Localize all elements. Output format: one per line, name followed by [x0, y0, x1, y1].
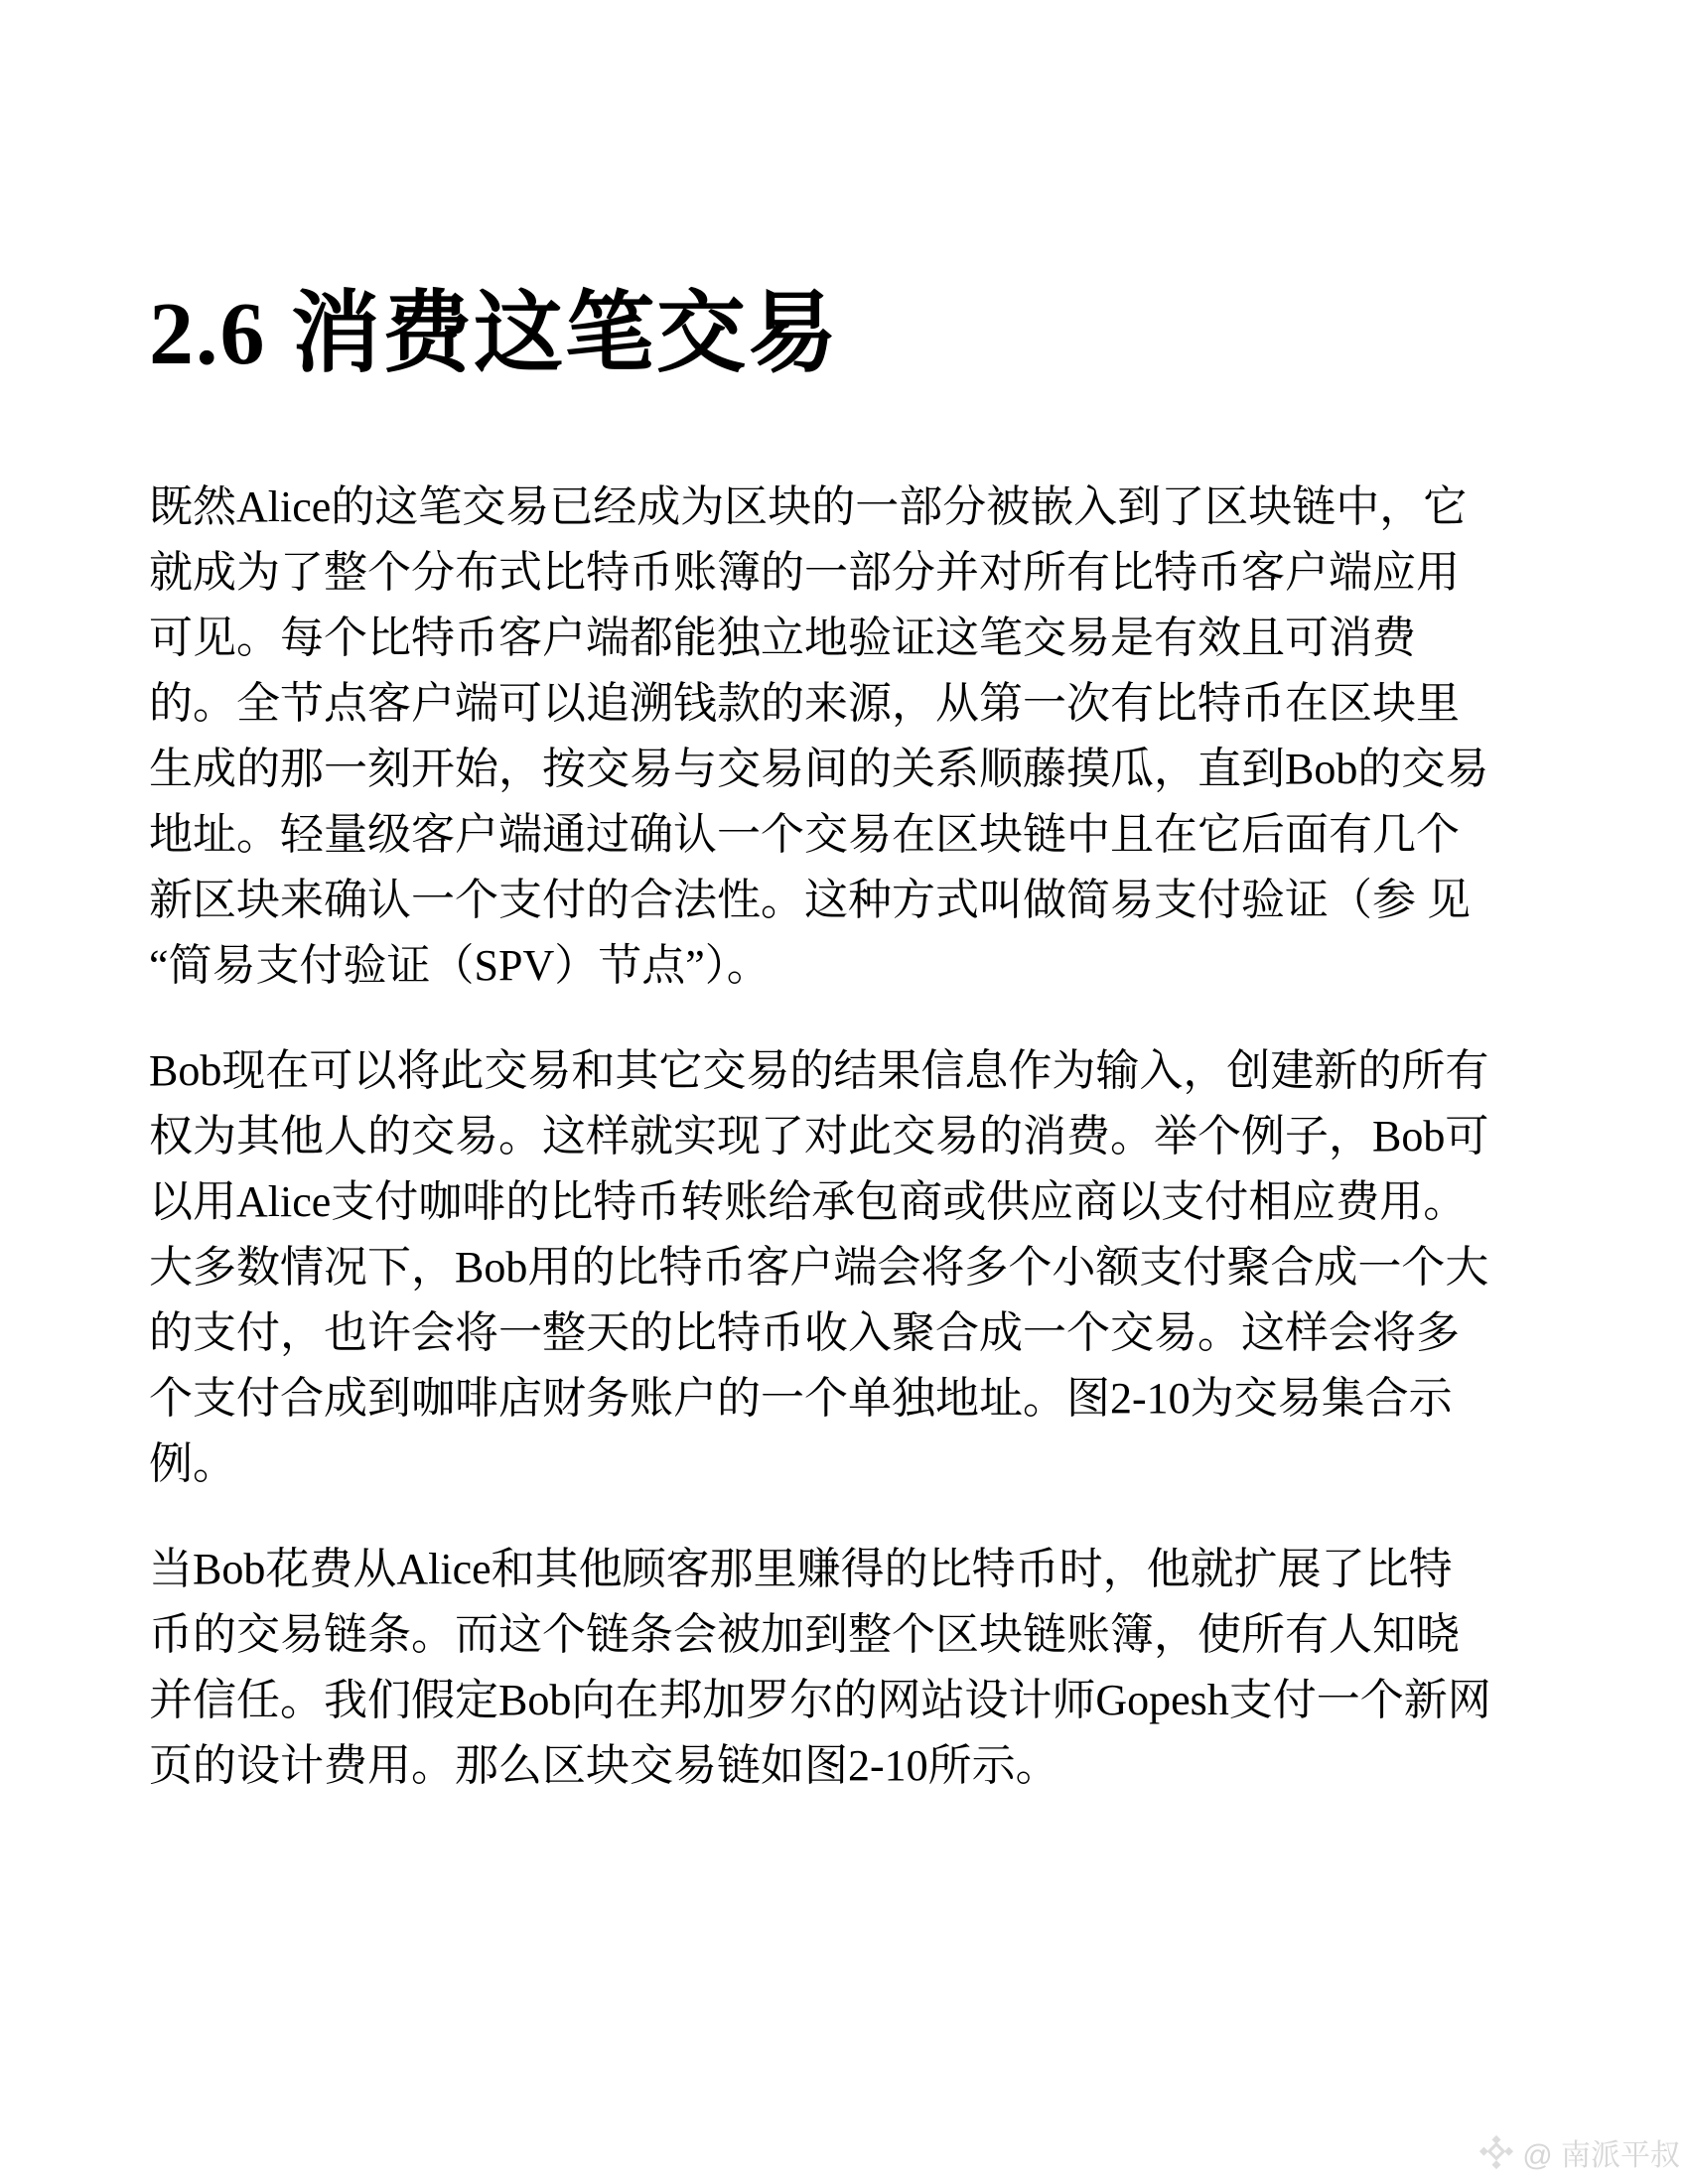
section-title: 2.6 消费这笔交易	[149, 280, 1539, 389]
text-line: 既然Alice的这笔交易已经成为区块的一部分被嵌入到了区块链中，它	[149, 475, 1539, 540]
text-line: 的。全节点客户端可以追溯钱款的来源，从第一次有比特币在区块里	[149, 671, 1539, 737]
document-page: 2.6 消费这笔交易 既然Alice的这笔交易已经成为区块的一部分被嵌入到了区块…	[0, 0, 1688, 2184]
text-line: 大多数情况下，Bob用的比特币客户端会将多个小额支付聚合成一个大	[149, 1235, 1539, 1300]
text-line: “简易支付验证（SPV）节点”）。	[149, 933, 1539, 999]
text-line: 权为其他人的交易。这样就实现了对此交易的消费。举个例子，Bob可	[149, 1104, 1539, 1169]
text-line: 新区块来确认一个支付的合法性。这种方式叫做简易支付验证（参 见	[149, 868, 1539, 933]
text-line: 当Bob花费从Alice和其他顾客那里赚得的比特币时，他就扩展了比特	[149, 1537, 1539, 1602]
paragraph-3: 当Bob花费从Alice和其他顾客那里赚得的比特币时，他就扩展了比特 币的交易链…	[149, 1537, 1539, 1799]
text-line: 生成的那一刻开始，按交易与交易间的关系顺藤摸瓜，直到Bob的交易	[149, 737, 1539, 802]
text-line: 的支付，也许会将一整天的比特币收入聚合成一个交易。这样会将多	[149, 1300, 1539, 1366]
text-line: 币的交易链条。而这个链条会被加到整个区块链账簿，使所有人知晓	[149, 1602, 1539, 1668]
binance-diamond-icon	[1478, 2134, 1514, 2170]
text-line: 以用Alice支付咖啡的比特币转账给承包商或供应商以支付相应费用。	[149, 1169, 1539, 1235]
text-line: 页的设计费用。那么区块交易链如图2-10所示。	[149, 1733, 1539, 1799]
text-line: 例。	[149, 1432, 1539, 1497]
text-line: 地址。轻量级客户端通过确认一个交易在区块链中且在它后面有几个	[149, 802, 1539, 868]
text-line: 就成为了整个分布式比特币账簿的一部分并对所有比特币客户端应用	[149, 540, 1539, 606]
watermark: @ 南派平叔	[1478, 2130, 1680, 2174]
paragraph-2: Bob现在可以将此交易和其它交易的结果信息作为输入，创建新的所有 权为其他人的交…	[149, 1038, 1539, 1497]
text-line: 个支付合成到咖啡店财务账户的一个单独地址。图2-10为交易集合示	[149, 1366, 1539, 1432]
watermark-text: @ 南派平叔	[1522, 2130, 1680, 2174]
page-content: 2.6 消费这笔交易 既然Alice的这笔交易已经成为区块的一部分被嵌入到了区块…	[149, 280, 1539, 1839]
text-line: 并信任。我们假定Bob向在邦加罗尔的网站设计师Gopesh支付一个新网	[149, 1668, 1539, 1733]
paragraph-1: 既然Alice的这笔交易已经成为区块的一部分被嵌入到了区块链中，它 就成为了整个…	[149, 475, 1539, 999]
text-line: 可见。每个比特币客户端都能独立地验证这笔交易是有效且可消费	[149, 606, 1539, 671]
text-line: Bob现在可以将此交易和其它交易的结果信息作为输入，创建新的所有	[149, 1038, 1539, 1104]
